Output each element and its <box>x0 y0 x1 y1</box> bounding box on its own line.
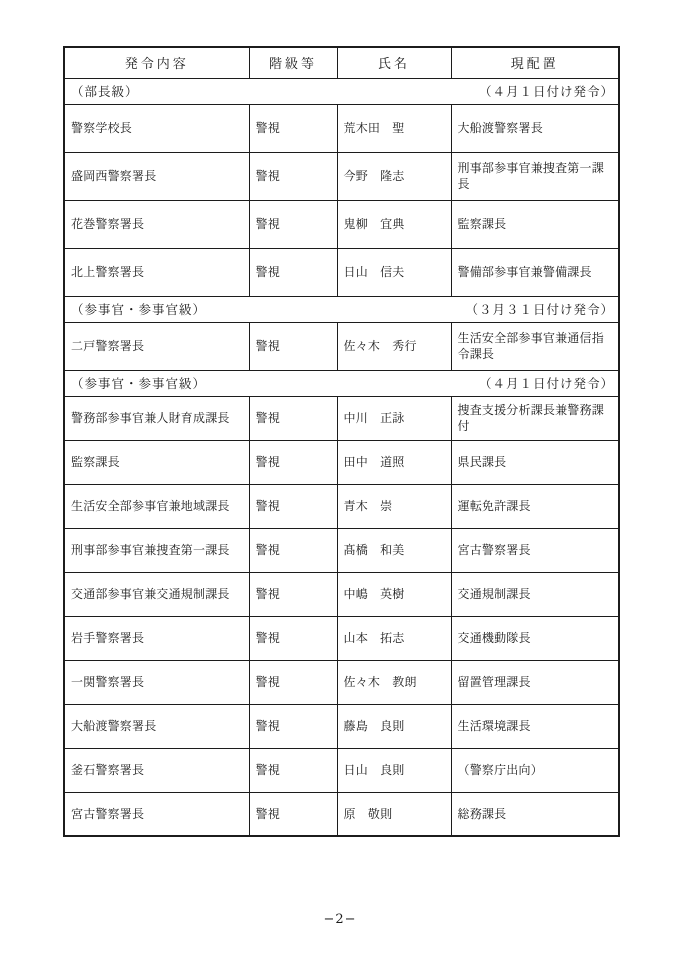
order-content-cell: 交通部参事官兼交通規制課長 <box>64 572 249 616</box>
rank-cell: 警視 <box>249 704 337 748</box>
current-post-cell: 刑事部参事官兼捜査第一課長 <box>451 152 619 200</box>
table-row: 釜石警察署長警視日山 良則（警察庁出向） <box>64 748 619 792</box>
current-post-cell: 県民課長 <box>451 440 619 484</box>
name-cell: 髙橋 和美 <box>337 528 451 572</box>
current-post-cell: 交通機動隊長 <box>451 616 619 660</box>
current-post-cell: （警察庁出向） <box>451 748 619 792</box>
name-cell: 原 敬則 <box>337 792 451 836</box>
table-row: 花巻警察署長警視鬼柳 宜典監察課長 <box>64 200 619 248</box>
section-cell: （参事官・参事官級）（３月３１日付け発令） <box>64 296 619 322</box>
rank-cell: 警視 <box>249 104 337 152</box>
rank-cell: 警視 <box>249 152 337 200</box>
rank-cell: 警視 <box>249 248 337 296</box>
name-cell: 青木 崇 <box>337 484 451 528</box>
section-inner: （参事官・参事官級）（３月３１日付け発令） <box>71 300 614 318</box>
current-post-cell: 大船渡警察署長 <box>451 104 619 152</box>
order-content-cell: 二戸警察署長 <box>64 322 249 370</box>
order-content-cell: 刑事部参事官兼捜査第一課長 <box>64 528 249 572</box>
table-row: 監察課長警視田中 道照県民課長 <box>64 440 619 484</box>
current-post-cell: 運転免許課長 <box>451 484 619 528</box>
table-row: 警務部参事官兼人財育成課長警視中川 正詠捜査支援分析課長兼警務課付 <box>64 396 619 440</box>
table-row: 大船渡警察署長警視藤島 良則生活環境課長 <box>64 704 619 748</box>
rank-cell: 警視 <box>249 748 337 792</box>
table-row: 二戸警察署長警視佐々木 秀行生活安全部参事官兼通信指令課長 <box>64 322 619 370</box>
table-row: 盛岡西警察署長警視今野 隆志刑事部参事官兼捜査第一課長 <box>64 152 619 200</box>
section-row: （参事官・参事官級）（３月３１日付け発令） <box>64 296 619 322</box>
name-cell: 荒木田 聖 <box>337 104 451 152</box>
column-header-rank: 階級等 <box>249 47 337 78</box>
column-header-current-post: 現配置 <box>451 47 619 78</box>
order-content-cell: 北上警察署長 <box>64 248 249 296</box>
name-cell: 今野 隆志 <box>337 152 451 200</box>
section-label: （参事官・参事官級） <box>71 300 206 318</box>
column-header-order-content: 発令内容 <box>64 47 249 78</box>
rank-cell: 警視 <box>249 792 337 836</box>
page-number: −2− <box>0 912 680 927</box>
table-row: 宮古警察署長警視原 敬則総務課長 <box>64 792 619 836</box>
name-cell: 山本 拓志 <box>337 616 451 660</box>
order-content-cell: 一関警察署長 <box>64 660 249 704</box>
table-header-row: 発令内容 階級等 氏名 現配置 <box>64 47 619 78</box>
order-content-cell: 宮古警察署長 <box>64 792 249 836</box>
order-content-cell: 警察学校長 <box>64 104 249 152</box>
name-cell: 藤島 良則 <box>337 704 451 748</box>
rank-cell: 警視 <box>249 616 337 660</box>
order-content-cell: 監察課長 <box>64 440 249 484</box>
section-row: （部長級）（４月１日付け発令） <box>64 78 619 104</box>
rank-cell: 警視 <box>249 572 337 616</box>
section-label: （部長級） <box>71 82 139 100</box>
order-content-cell: 大船渡警察署長 <box>64 704 249 748</box>
name-cell: 佐々木 教朗 <box>337 660 451 704</box>
current-post-cell: 留置管理課長 <box>451 660 619 704</box>
table-row: 北上警察署長警視日山 信夫警備部参事官兼警備課長 <box>64 248 619 296</box>
section-date-note: （４月１日付け発令） <box>479 82 614 100</box>
table-row: 岩手警察署長警視山本 拓志交通機動隊長 <box>64 616 619 660</box>
name-cell: 佐々木 秀行 <box>337 322 451 370</box>
order-content-cell: 生活安全部参事官兼地域課長 <box>64 484 249 528</box>
rank-cell: 警視 <box>249 528 337 572</box>
current-post-cell: 生活環境課長 <box>451 704 619 748</box>
section-date-note: （３月３１日付け発令） <box>465 300 614 318</box>
name-cell: 鬼柳 宜典 <box>337 200 451 248</box>
order-content-cell: 岩手警察署長 <box>64 616 249 660</box>
section-cell: （部長級）（４月１日付け発令） <box>64 78 619 104</box>
section-date-note: （４月１日付け発令） <box>479 374 614 392</box>
rank-cell: 警視 <box>249 200 337 248</box>
current-post-cell: 総務課長 <box>451 792 619 836</box>
document-page: 発令内容 階級等 氏名 現配置 （部長級）（４月１日付け発令）警察学校長警視荒木… <box>0 0 680 962</box>
table-row: 生活安全部参事官兼地域課長警視青木 崇運転免許課長 <box>64 484 619 528</box>
current-post-cell: 宮古警察署長 <box>451 528 619 572</box>
name-cell: 中嶋 英樹 <box>337 572 451 616</box>
section-inner: （参事官・参事官級）（４月１日付け発令） <box>71 374 614 392</box>
column-header-name: 氏名 <box>337 47 451 78</box>
name-cell: 中川 正詠 <box>337 396 451 440</box>
order-content-cell: 花巻警察署長 <box>64 200 249 248</box>
section-inner: （部長級）（４月１日付け発令） <box>71 82 614 100</box>
table-row: 刑事部参事官兼捜査第一課長警視髙橋 和美宮古警察署長 <box>64 528 619 572</box>
order-content-cell: 盛岡西警察署長 <box>64 152 249 200</box>
personnel-transfer-table: 発令内容 階級等 氏名 現配置 （部長級）（４月１日付け発令）警察学校長警視荒木… <box>63 46 620 837</box>
current-post-cell: 警備部参事官兼警備課長 <box>451 248 619 296</box>
current-post-cell: 生活安全部参事官兼通信指令課長 <box>451 322 619 370</box>
section-row: （参事官・参事官級）（４月１日付け発令） <box>64 370 619 396</box>
rank-cell: 警視 <box>249 484 337 528</box>
rank-cell: 警視 <box>249 440 337 484</box>
current-post-cell: 交通規制課長 <box>451 572 619 616</box>
current-post-cell: 監察課長 <box>451 200 619 248</box>
order-content-cell: 警務部参事官兼人財育成課長 <box>64 396 249 440</box>
order-content-cell: 釜石警察署長 <box>64 748 249 792</box>
current-post-cell: 捜査支援分析課長兼警務課付 <box>451 396 619 440</box>
rank-cell: 警視 <box>249 396 337 440</box>
table-row: 交通部参事官兼交通規制課長警視中嶋 英樹交通規制課長 <box>64 572 619 616</box>
table-row: 警察学校長警視荒木田 聖大船渡警察署長 <box>64 104 619 152</box>
section-cell: （参事官・参事官級）（４月１日付け発令） <box>64 370 619 396</box>
rank-cell: 警視 <box>249 322 337 370</box>
name-cell: 日山 良則 <box>337 748 451 792</box>
section-label: （参事官・参事官級） <box>71 374 206 392</box>
table-row: 一関警察署長警視佐々木 教朗留置管理課長 <box>64 660 619 704</box>
name-cell: 田中 道照 <box>337 440 451 484</box>
name-cell: 日山 信夫 <box>337 248 451 296</box>
rank-cell: 警視 <box>249 660 337 704</box>
